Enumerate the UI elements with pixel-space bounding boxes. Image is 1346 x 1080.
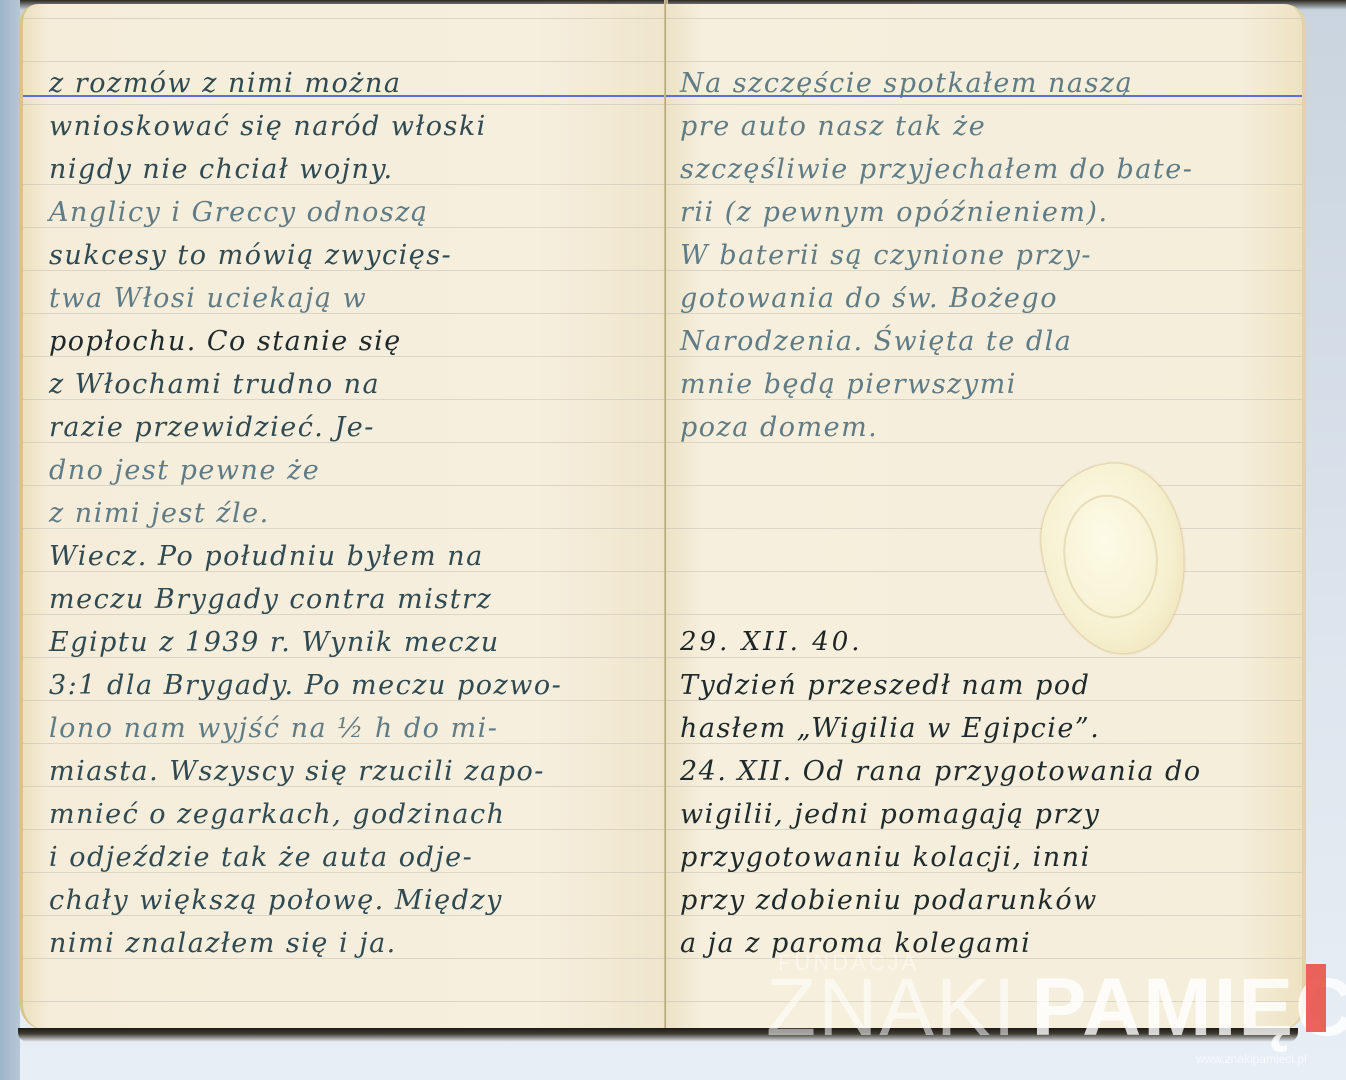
blank-line [680, 492, 1292, 535]
handwritten-line: Na szczęście spotkałem naszą [680, 62, 1292, 105]
handwritten-line: mnie będą pierwszymi [680, 363, 1292, 406]
handwritten-line: popłochu. Co stanie się [49, 320, 656, 363]
handwritten-line: szczęśliwie przyjechałem do bate- [680, 148, 1292, 191]
entry-date: 29. XII. 40. [680, 621, 1292, 664]
handwritten-line: a ja z paroma kolegami [680, 922, 1292, 965]
handwritten-line: mnieć o zegarkach, godzinach [49, 793, 656, 836]
right-page: Na szczęście spotkałem naszą pre auto na… [666, 4, 1306, 1030]
handwritten-line: Anglicy i Greccy odnoszą [49, 191, 656, 234]
handwritten-line: 24. XII. Od rana przygotowania do [680, 750, 1292, 793]
handwritten-line: z Włochami trudno na [49, 363, 656, 406]
blank-line [680, 578, 1292, 621]
watermark-word-pamieci: PAMIĘCI [1031, 962, 1346, 1053]
handwritten-line: hasłem „Wigilia w Egipcie”. [680, 707, 1292, 750]
watermark-url: www.znakipamieci.pl [1196, 1052, 1307, 1066]
handwritten-line: W baterii są czynione przy- [680, 234, 1292, 277]
handwritten-line: gotowania do św. Bożego [680, 277, 1292, 320]
handwritten-line: nigdy nie chciał wojny. [49, 148, 656, 191]
watermark-red-bar-icon [1306, 964, 1326, 1032]
handwritten-line: Egiptu z 1939 r. Wynik meczu [49, 621, 656, 664]
handwritten-line: przy zdobieniu podarunków [680, 879, 1292, 922]
handwritten-line: przygotowaniu kolacji, inni [680, 836, 1292, 879]
handwritten-line: dno jest pewne że [49, 449, 656, 492]
handwritten-line: Tydzień przeszedł nam pod [680, 664, 1292, 707]
handwritten-line: twa Włosi uciekają w [49, 277, 656, 320]
blank-line [680, 535, 1292, 578]
scanned-diary-spread: z rozmów z nimi można wnioskować się nar… [0, 0, 1346, 1080]
handwritten-line: rii (z pewnym opóźnieniem). [680, 191, 1292, 234]
handwritten-line: Wiecz. Po południu byłem na [49, 535, 656, 578]
handwritten-line: miasta. Wszyscy się rzucili zapo- [49, 750, 656, 793]
handwritten-line: z rozmów z nimi można [49, 62, 656, 105]
handwritten-line: lono nam wyjść na ½ h do mi- [49, 707, 656, 750]
handwritten-line: pre auto nasz tak że [680, 105, 1292, 148]
handwritten-line: nimi znalazłem się i ja. [49, 922, 656, 965]
blank-line [680, 449, 1292, 492]
handwritten-line: razie przewidzieć. Je- [49, 406, 656, 449]
handwritten-line: poza domem. [680, 406, 1292, 449]
handwritten-line: wigilii, jedni pomagają przy [680, 793, 1292, 836]
handwritten-line: 3:1 dla Brygady. Po meczu pozwo- [49, 664, 656, 707]
handwritten-line: Narodzenia. Święta te dla [680, 320, 1292, 363]
handwritten-line: sukcesy to mówią zwycięs- [49, 234, 656, 277]
watermark-word-znaki: ZNAKI [766, 962, 1017, 1053]
handwritten-line: i odjeździe tak że auta odje- [49, 836, 656, 879]
left-page-text: z rozmów z nimi można wnioskować się nar… [49, 62, 656, 965]
handwritten-line: meczu Brygady contra mistrz [49, 578, 656, 621]
background-left-strip [0, 0, 20, 1080]
handwritten-line: wnioskować się naród włoski [49, 105, 656, 148]
handwritten-line: z nimi jest źle. [49, 492, 656, 535]
handwritten-line: chały większą połowę. Między [49, 879, 656, 922]
right-page-text: Na szczęście spotkałem naszą pre auto na… [680, 62, 1292, 965]
left-page: z rozmów z nimi można wnioskować się nar… [20, 4, 666, 1030]
watermark-logo: ZNAKIPAMIĘCI [766, 968, 1346, 1048]
